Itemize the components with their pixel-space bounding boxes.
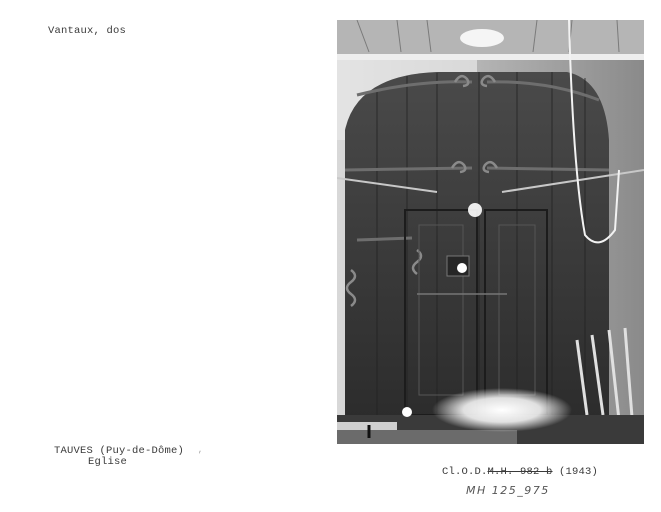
door-photo-illustration bbox=[337, 20, 644, 444]
building-type: Eglise bbox=[88, 456, 127, 468]
stray-mark: , bbox=[198, 446, 203, 455]
reference-year: (1943) bbox=[559, 466, 598, 478]
document-title: Vantaux, dos bbox=[48, 25, 126, 37]
reference-code: Cl.O.D.M.H. 982 b (1943) bbox=[442, 466, 598, 478]
reference-prefix: Cl.O.D. bbox=[442, 466, 488, 478]
photograph bbox=[337, 20, 644, 444]
handwritten-reference: MH 125_975 bbox=[466, 484, 550, 497]
struck-reference: M.H. 982 b bbox=[488, 466, 553, 478]
